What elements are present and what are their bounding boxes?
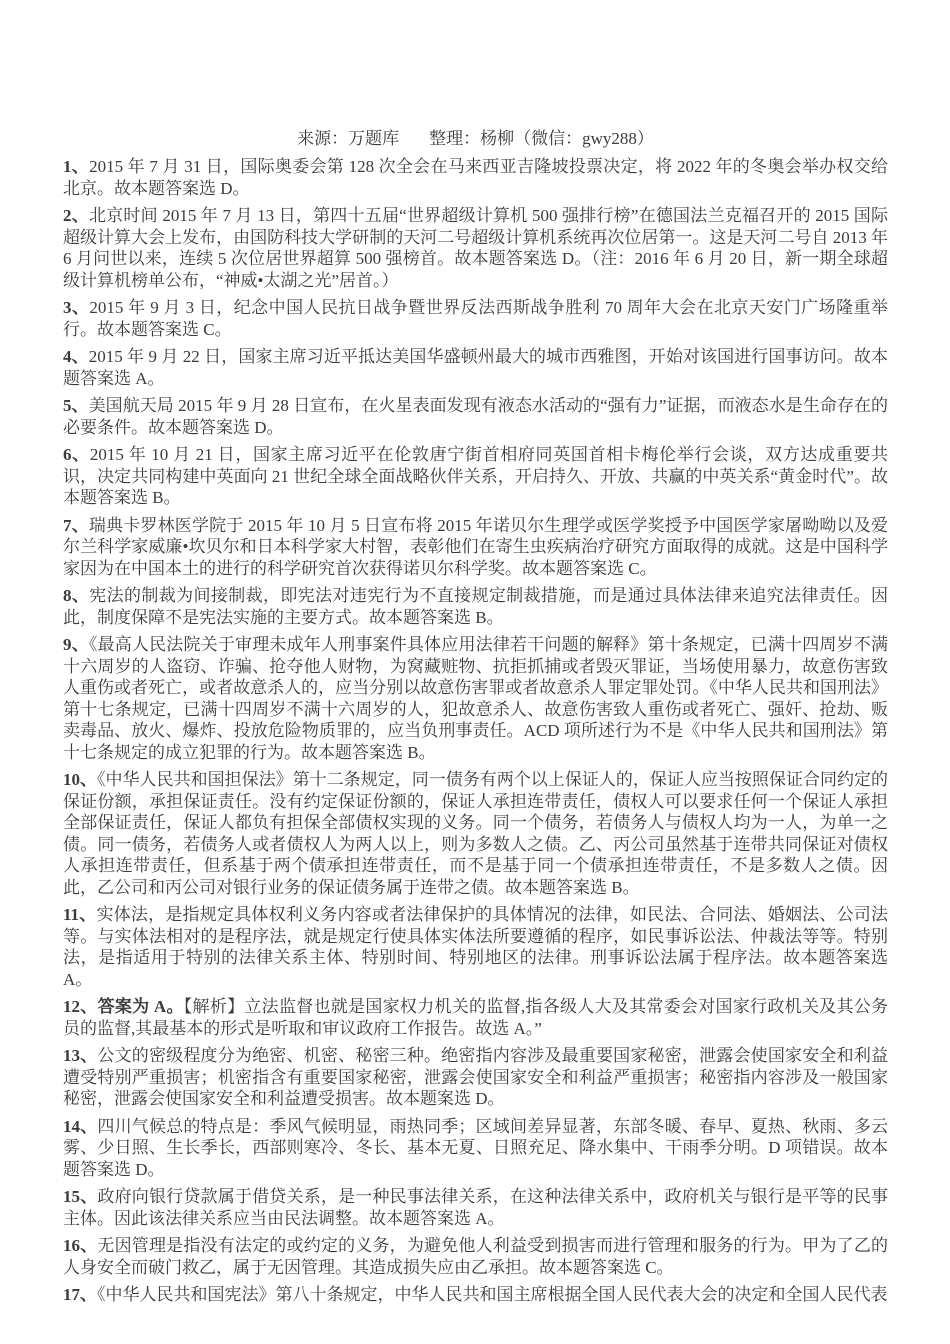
item-text: 公文的密级程度分为绝密、机密、秘密三种。绝密指内容涉及最重要国家秘密，泄露会使国… bbox=[63, 1046, 888, 1108]
answer-item: 10、《中华人民共和国担保法》第十二条规定，同一债务有两个以上保证人的，保证人应… bbox=[63, 769, 888, 898]
document-header: 来源：万题库整理：杨柳（微信：gwy288） bbox=[63, 128, 888, 150]
item-number: 2、 bbox=[63, 206, 89, 225]
answer-item: 11、实体法，是指规定具体权利义务内容或者法律保护的具体情况的法律，如民法、合同… bbox=[63, 904, 888, 990]
item-text: 《中华人民共和国宪法》第八十条规定，中华人民共和国主席根据全国人民代表大会的决定… bbox=[97, 1285, 888, 1304]
item-text: 政府向银行贷款属于借贷关系，是一种民事法律关系，在这种法律关系中，政府机关与银行… bbox=[63, 1187, 888, 1228]
item-text: 实体法，是指规定具体权利义务内容或者法律保护的具体情况的法律，如民法、合同法、婚… bbox=[63, 905, 888, 989]
item-number: 7、 bbox=[63, 516, 89, 535]
item-text: 四川气候总的特点是：季风气候明显，雨热同季；区域间差异显著，东部冬暖、春早、夏热… bbox=[63, 1117, 888, 1179]
answer-item: 5、美国航天局 2015 年 9 月 28 日宣布，在火星表面发现有液态水活动的… bbox=[63, 395, 888, 438]
answer-item: 1、2015 年 7 月 31 日，国际奥委会第 128 次全会在马来西亚吉隆坡… bbox=[63, 156, 888, 199]
answer-item: 15、政府向银行贷款属于借贷关系，是一种民事法律关系，在这种法律关系中，政府机关… bbox=[63, 1186, 888, 1229]
answer-item: 12、答案为 A。【解析】立法监督也就是国家权力机关的监督,指各级人大及其常委会… bbox=[63, 996, 888, 1039]
item-number: 16、 bbox=[63, 1236, 97, 1255]
source-label: 来源：万题库 bbox=[297, 129, 399, 148]
item-number: 17、 bbox=[63, 1285, 97, 1304]
item-number: 1、 bbox=[63, 157, 89, 176]
item-number: 6、 bbox=[63, 445, 90, 464]
item-text: 瑞典卡罗林医学院于 2015 年 10 月 5 日宣布将 2015 年诺贝尔生理… bbox=[63, 516, 888, 578]
answer-item: 7、瑞典卡罗林医学院于 2015 年 10 月 5 日宣布将 2015 年诺贝尔… bbox=[63, 515, 888, 580]
answer-item: 14、四川气候总的特点是：季风气候明显，雨热同季；区域间差异显著，东部冬暖、春早… bbox=[63, 1116, 888, 1181]
item-number: 10、 bbox=[63, 770, 97, 789]
answer-item: 3、2015 年 9 月 3 日，纪念中国人民抗日战争暨世界反法西斯战争胜利 7… bbox=[63, 297, 888, 340]
item-number: 5、 bbox=[63, 396, 89, 415]
answer-item: 4、2015 年 9 月 22 日，国家主席习近平抵达美国华盛顿州最大的城市西雅… bbox=[63, 346, 888, 389]
item-text: 无因管理是指没有法定的或约定的义务，为避免他人利益受到损害而进行管理和服务的行为… bbox=[63, 1236, 888, 1277]
item-text: 2015 年 7 月 31 日，国际奥委会第 128 次全会在马来西亚吉隆坡投票… bbox=[63, 157, 888, 198]
answer-item: 13、公文的密级程度分为绝密、机密、秘密三种。绝密指内容涉及最重要国家秘密，泄露… bbox=[63, 1045, 888, 1110]
item-number: 8、 bbox=[63, 586, 89, 605]
items-container: 1、2015 年 7 月 31 日，国际奥委会第 128 次全会在马来西亚吉隆坡… bbox=[63, 156, 888, 1306]
editor-label: 整理：杨柳（微信：gwy288） bbox=[429, 129, 654, 148]
item-number: 15、 bbox=[63, 1187, 97, 1206]
item-text: 《中华人民共和国担保法》第十二条规定，同一债务有两个以上保证人的，保证人应当按照… bbox=[63, 770, 888, 897]
item-bold-prefix: 答案为 A。 bbox=[98, 997, 184, 1016]
item-text: 2015 年 9 月 3 日，纪念中国人民抗日战争暨世界反法西斯战争胜利 70 … bbox=[63, 298, 888, 339]
item-text: 【解析】立法监督也就是国家权力机关的监督,指各级人大及其常委会对国家行政机关及其… bbox=[63, 997, 888, 1038]
item-text: 北京时间 2015 年 7 月 13 日，第四十五届“世界超级计算机 500 强… bbox=[63, 206, 888, 290]
item-text: 2015 年 10 月 21 日，国家主席习近平在伦敦唐宁街首相府同英国首相卡梅… bbox=[63, 445, 888, 507]
item-text: 宪法的制裁为间接制裁，即宪法对违宪行为不直接规定制裁措施，而是通过具体法律来追究… bbox=[63, 586, 888, 627]
answer-item: 9、《最高人民法院关于审理未成年人刑事案件具体应用法律若干问题的解释》第十条规定… bbox=[63, 634, 888, 763]
item-number: 13、 bbox=[63, 1046, 97, 1065]
document-page: 来源：万题库整理：杨柳（微信：gwy288） 1、2015 年 7 月 31 日… bbox=[0, 0, 950, 1344]
item-number: 3、 bbox=[63, 298, 89, 317]
item-number: 12、 bbox=[63, 997, 98, 1016]
answer-item: 16、无因管理是指没有法定的或约定的义务，为避免他人利益受到损害而进行管理和服务… bbox=[63, 1235, 888, 1278]
item-number: 4、 bbox=[63, 347, 89, 366]
answer-item: 2、北京时间 2015 年 7 月 13 日，第四十五届“世界超级计算机 500… bbox=[63, 205, 888, 291]
answer-item: 8、宪法的制裁为间接制裁，即宪法对违宪行为不直接规定制裁措施，而是通过具体法律来… bbox=[63, 585, 888, 628]
answer-item: 17、《中华人民共和国宪法》第八十条规定，中华人民共和国主席根据全国人民代表大会… bbox=[63, 1284, 888, 1306]
item-text: 《最高人民法院关于审理未成年人刑事案件具体应用法律若干问题的解释》第十条规定，已… bbox=[63, 635, 888, 762]
item-number: 11、 bbox=[63, 905, 97, 924]
item-text: 美国航天局 2015 年 9 月 28 日宣布，在火星表面发现有液态水活动的“强… bbox=[63, 396, 888, 437]
item-text: 2015 年 9 月 22 日，国家主席习近平抵达美国华盛顿州最大的城市西雅图，… bbox=[63, 347, 888, 388]
answer-item: 6、2015 年 10 月 21 日，国家主席习近平在伦敦唐宁街首相府同英国首相… bbox=[63, 444, 888, 509]
item-number: 9、 bbox=[63, 635, 89, 654]
item-number: 14、 bbox=[63, 1117, 97, 1136]
